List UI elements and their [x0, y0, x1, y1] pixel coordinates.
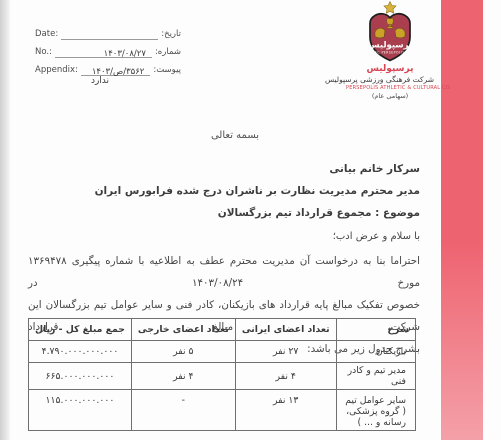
date-field: Date: تاریخ: [35, 22, 181, 40]
table-header-row: شرح تعداد اعضای ایرانی تعداد اعضای خارجی… [29, 319, 416, 341]
appendix-field: Appendix: ۱۴۰۳/ص/۳۵۶۲ پیوست: [35, 58, 181, 76]
recipient-title: مدیر محترم مدیریت نظارت بر ناشران درج شد… [80, 185, 420, 197]
trophy-icon [387, 19, 393, 29]
recipient-name: سرکار خانم بیانی [80, 163, 420, 175]
lion-left-icon [375, 28, 385, 38]
besmele-heading: بسمه تعالی [175, 130, 295, 141]
cell-total-amount: ۱۱۵.۰۰۰.۰۰۰.۰۰۰ [29, 390, 132, 431]
letterhead: پرسپولیس FC PERSEPOLIS پرسپولیس شرکت فره… [346, 1, 434, 100]
cell-iranian-count: ۲۷ نفر [235, 341, 336, 363]
table-row: مدیر تیم و کادر فنی ۴ نفر ۴ نفر ۶۶۵.۰۰۰.… [29, 363, 416, 390]
star-icon [384, 2, 396, 14]
scan-left-edge [0, 0, 10, 440]
appendix-label-en: Appendix: [35, 65, 78, 76]
cell-foreign-count: - [131, 390, 235, 431]
cell-foreign-count: ۴ نفر [131, 363, 235, 390]
cell-description: بازیکنان [336, 341, 415, 363]
number-value: ۱۴۰۳/۰۸/۲۷ [104, 49, 146, 59]
number-field: No.: ۱۴۰۳/۰۸/۲۷ شماره: [35, 40, 181, 58]
cell-description: مدیر تیم و کادر فنی [336, 363, 415, 390]
number-line: ۱۴۰۳/۰۸/۲۷ [55, 44, 152, 58]
cell-total-amount: ۶۶۵.۰۰۰.۰۰۰.۰۰۰ [29, 363, 132, 390]
number-label-en: No.: [35, 47, 52, 58]
date-label-en: Date: [35, 29, 58, 40]
col-header-total-amount: جمع مبلغ کل - ریال [29, 319, 132, 341]
table-row: سایر عوامل تیم ( گروه پزشکی، رسانه و ...… [29, 390, 416, 431]
appendix-line: ۱۴۰۳/ص/۳۵۶۲ [81, 62, 150, 76]
col-header-description: شرح [336, 319, 415, 341]
cell-iranian-count: ۴ نفر [235, 363, 336, 390]
company-type: (سهامی عام) [346, 92, 434, 100]
appendix-label-fa: پیوست: [153, 65, 181, 76]
appendix-note: ندارد [70, 76, 130, 86]
date-line [61, 26, 158, 40]
cell-iranian-count: ۱۳ نفر [235, 390, 336, 431]
cell-foreign-count: ۵ نفر [131, 341, 235, 363]
company-name-en: PERSEPOLIS ATHLETIC & CULTURAL CO. [346, 85, 434, 91]
body-line-1: احتراما بنا به درخواست آن مدیریت محترم ع… [28, 250, 420, 294]
lion-right-icon [395, 28, 405, 38]
cell-total-amount: ۴.۷۹۰.۰۰۰.۰۰۰.۰۰۰ [29, 341, 132, 363]
crest-club-name-en: FC PERSEPOLIS [375, 51, 405, 55]
greeting-line: با سلام و عرض ادب؛ [333, 231, 420, 242]
recipient-block: سرکار خانم بیانی مدیر محترم مدیریت نظارت… [80, 163, 420, 219]
table-row: بازیکنان ۲۷ نفر ۵ نفر ۴.۷۹۰.۰۰۰.۰۰۰.۰۰۰ [29, 341, 416, 363]
col-header-foreign-members: تعداد اعضای خارجی [131, 319, 235, 341]
crest-club-name-fa: پرسپولیس [368, 41, 412, 51]
letterhead-red-band [441, 0, 483, 440]
number-label-fa: شماره: [155, 47, 181, 58]
contracts-table: شرح تعداد اعضای ایرانی تعداد اعضای خارجی… [28, 318, 416, 431]
letter-page: Date: تاریخ: No.: ۱۴۰۳/۰۸/۲۷ شماره: Appe… [0, 0, 501, 440]
col-header-iranian-members: تعداد اعضای ایرانی [235, 319, 336, 341]
company-name-fa: شرکت فرهنگی ورزشی پرسپولیس [346, 75, 434, 84]
subject-line: موضوع : مجموع قرارداد تیم بزرگسالان [80, 207, 420, 219]
cell-description: سایر عوامل تیم ( گروه پزشکی، رسانه و ...… [336, 390, 415, 431]
club-name: پرسپولیس [346, 64, 434, 74]
date-label-fa: تاریخ: [161, 29, 181, 40]
reference-fields: Date: تاریخ: No.: ۱۴۰۳/۰۸/۲۷ شماره: Appe… [35, 22, 181, 76]
persepolis-crest-logo: پرسپولیس FC PERSEPOLIS [359, 1, 421, 63]
